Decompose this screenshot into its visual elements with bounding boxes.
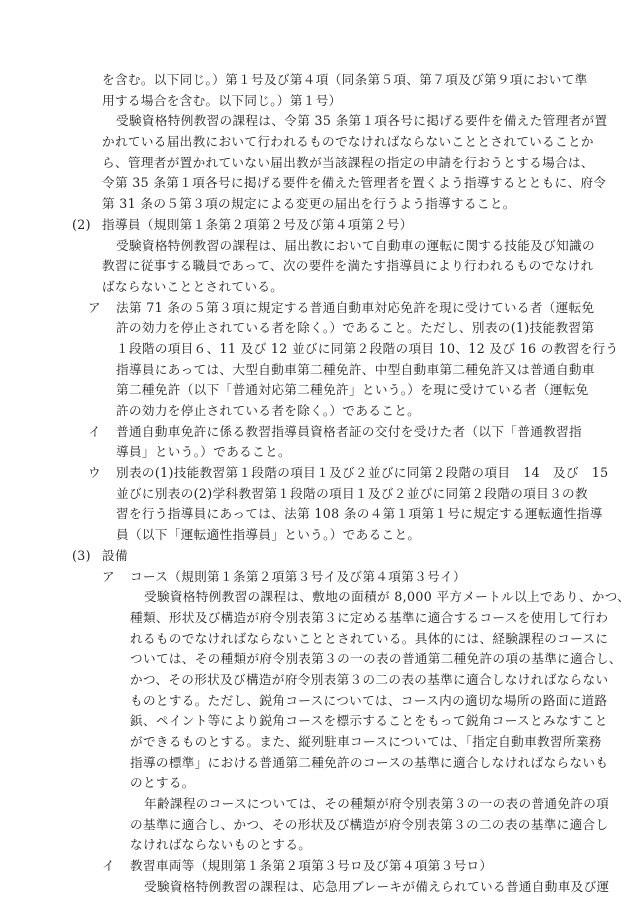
text-line: 第二種免許（以下「普通対応第二種免許」という。）を現に受けている者（運転免 [102,380,532,401]
text-line: 指導の標準」における普通第二種免許のコースの基準に適合しなければならないも [102,753,532,774]
text-line: 許の効力を停止されている者を除く。）であること。 [102,401,532,422]
text-line: なければならないものとする。 [102,835,532,856]
item-marker: イ [88,422,116,443]
text-line: 習を行う指導員にあっては、法第 108 条の４第１項第１号に規定する運転適性指導 [102,504,532,525]
paragraph-start: 受験資格特例教習の課程は、応急用ブレーキが備えられている普通自動車及び運 [102,877,532,898]
section-title: 指導員（規則第１条第２項第２号及び第４項第２号） [102,217,413,232]
text-line: の基準に適合し、かつ、その形状及び構造が府令別表第３の二の表の基準に適合し [102,815,532,836]
subsection-heading-course: アコース（規則第１条第２項第３号イ及び第４項第３号イ） [102,567,532,588]
text-line: ばならないこととされている。 [102,277,532,298]
text-line: れるものでなければならないこととされている。具体的には、経験課程のコースに [102,629,532,650]
text-line: 種類、形状及び構造が府令別表第３に定める基準に適合するコースを使用して行わ [102,608,532,629]
text-line: ものとする。ただし、鋭角コースについては、コース内の適切な場所の路面に道路 [102,691,532,712]
paragraph-start: 受験資格特例教習の課程は、令第 35 条第１項各号に掲げる要件を備えた管理者が置 [102,111,532,132]
text-line: ら、管理者が置かれていない届出教が当該課程の指定の申請を行おうとする場合は、 [102,153,532,174]
paragraph-start: 年齢課程のコースについては、その種類が府令別表第３の一の表の普通免許の項 [102,794,532,815]
text-line: １段階の項目６、11 及び 12 並びに同第２段階の項目 10、12 及び 16… [102,339,532,360]
section-title: 設備 [102,548,128,563]
text-line: 導員」という。）であること。 [102,442,532,463]
document-body: を含む。以下同じ。）第１号及び第４項（同条第５項、第７項及び第９項において準 用… [102,70,532,898]
text-line: ができるものとする。また、縦列駐車コースについては、「指定自動車教習所業務 [102,732,532,753]
text-line: 員（以下「運転適性指導員」という。）であること。 [102,525,532,546]
list-item-u: ウ別表の(1)技能教習第１段階の項目１及び２並びに同第２段階の項目 14 及び … [88,463,532,484]
subsection-title: コース（規則第１条第２項第３号イ及び第４項第３号イ） [130,569,466,584]
item-marker: ウ [88,463,116,484]
text-line: 法第 71 条の５第３項に規定する普通自動車対応免許を現に受けている者（運転免 [116,300,594,315]
text-line: 別表の(1)技能教習第１段階の項目１及び２並びに同第２段階の項目 14 及び 1… [116,465,608,480]
paragraph-start: 受験資格特例教習の課程は、敷地の面積が 8,000 平方メートル以上であり、かつ… [102,587,532,608]
text-line: 用する場合を含む。以下同じ。）第１号） [102,91,532,112]
document-page: を含む。以下同じ。）第１号及び第４項（同条第５項、第７項及び第９項において準 用… [0,0,630,903]
text-line: 教習に従事する職員であって、次の要件を満たす指導員により行われるものでなけれ [102,256,532,277]
text-line: 普通自動車免許に係る教習指導員資格者証の交付を受けた者（以下「普通教習指 [116,424,582,439]
item-marker: ア [88,298,116,319]
paragraph-start: 受験資格特例教習の課程は、届出教において自動車の運転に関する技能及び知識の [102,236,532,257]
item-marker: ア [102,567,130,588]
text-line: ついては、その種類が府令別表第３の一の表の普通第二種免許の項の基準に適合し、 [102,649,532,670]
text-line: 鋲、ペイント等により鋭角コースを標示することをもって鋭角コースとみなすこと [102,711,532,732]
subsection-title: 教習車両等（規則第１条第２項第３号ロ及び第４項第３号ロ） [130,858,492,873]
text-line: 許の効力を停止されている者を除く。）であること。ただし、別表の(1)技能教習第 [102,318,532,339]
text-line: を含む。以下同じ。）第１号及び第４項（同条第５項、第７項及び第９項において準 [102,70,532,91]
subsection-heading-vehicles: イ教習車両等（規則第１条第２項第３号ロ及び第４項第３号ロ） [102,856,532,877]
text-line: かつ、その形状及び構造が府令別表第３の二の表の基準に適合しなければならない [102,670,532,691]
list-item-a: ア法第 71 条の５第３項に規定する普通自動車対応免許を現に受けている者（運転免 [88,298,532,319]
text-line: 令第 35 条第１項各号に掲げる要件を備えた管理者を置くよう指導するとともに、府… [102,173,532,194]
section-number: (3) [72,546,102,567]
text-line: 並びに別表の(2)学科教習第１段階の項目１及び２並びに同第２段階の項目３の教 [102,484,532,505]
item-marker: イ [102,856,130,877]
text-line: 指導員にあっては、大型自動車第二種免許、中型自動車第二種免許又は普通自動車 [102,360,532,381]
section-heading-3: (3)設備 [72,546,532,567]
text-line: のとする。 [102,773,532,794]
section-number: (2) [72,215,102,236]
section-heading-2: (2)指導員（規則第１条第２項第２号及び第４項第２号） [72,215,532,236]
list-item-i: イ普通自動車免許に係る教習指導員資格者証の交付を受けた者（以下「普通教習指 [88,422,532,443]
text-line: かれている届出教において行われるものでなければならないこととされていることか [102,132,532,153]
text-line: 第 31 条の５第３項の規定による変更の届出を行うよう指導すること。 [102,194,532,215]
